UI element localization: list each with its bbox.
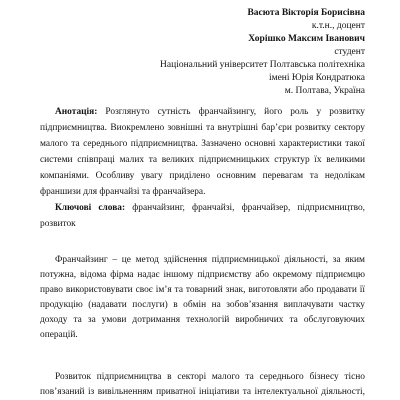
keywords-label: Ключові слова:: [55, 203, 125, 213]
keywords-line: розвиток: [40, 216, 365, 232]
author-name-2: Хорішко Максим Іванович: [40, 33, 365, 46]
keywords-line: Ключові слова: франчайзинг, франчайзі, ф…: [40, 200, 365, 216]
body-text-line: доходу та за умови дотримання технологій…: [40, 313, 365, 328]
development-paragraph: Розвиток підприємництва в секторі малого…: [40, 370, 365, 400]
document-page: Васюта Вікторія Борисівна к.т.н., доцент…: [0, 0, 400, 400]
body-text-line: потужна, відома фірма надає іншому підпр…: [40, 268, 365, 283]
affiliation-city-country: м. Полтава, Україна: [40, 85, 365, 98]
abstract-line: підприємництва. Виокремлено зовнішні та …: [40, 120, 365, 136]
body-text-line: пов’язаний із вивільненням приватної іні…: [40, 385, 365, 400]
affiliation-named-after: імені Юрія Кондратюка: [40, 72, 365, 85]
abstract-line: Анотація: Розглянуто сутність франчайзин…: [40, 104, 365, 120]
author-degree: к.т.н., доцент: [40, 20, 365, 33]
affiliation-university: Національний університет Полтавська полі…: [40, 59, 365, 72]
page-content: Васюта Вікторія Борисівна к.т.н., доцент…: [0, 0, 400, 400]
abstract-label: Анотація:: [55, 107, 97, 117]
body-text-line: Франчайзинг – це метод здійснення підпри…: [40, 253, 365, 268]
abstract-line: франшизи для франчайзі та франчайзера.: [40, 184, 365, 200]
body-text-line: продукцію (надавати послуги) в обмін на …: [40, 298, 365, 313]
abstract-line: системи співпраці малих та великих підпр…: [40, 152, 365, 168]
abstract-line: малого та середнього підприємництва. Заз…: [40, 136, 365, 152]
abstract-line-text: Розглянуто сутність франчайзингу, його р…: [105, 107, 365, 117]
author-name: Васюта Вікторія Борисівна: [40, 7, 365, 20]
abstract-paragraph: Анотація: Розглянуто сутність франчайзин…: [40, 104, 365, 200]
keywords-line-text: франчайзинг, франчайзі, франчайзер, підп…: [132, 203, 365, 213]
keywords-paragraph: Ключові слова: франчайзинг, франчайзі, ф…: [40, 200, 365, 232]
abstract-line: компаніями. Особливу увагу приділено осн…: [40, 168, 365, 184]
body-text-line: право використовувати своє ім’я та товар…: [40, 283, 365, 298]
author-affiliation-block: Васюта Вікторія Борисівна к.т.н., доцент…: [40, 7, 365, 98]
body-text-line: Розвиток підприємництва в секторі малого…: [40, 370, 365, 385]
author-degree-2: студент: [40, 46, 365, 59]
body-text-line: операцій.: [40, 328, 365, 343]
franchising-definition-paragraph: Франчайзинг – це метод здійснення підпри…: [40, 253, 365, 343]
